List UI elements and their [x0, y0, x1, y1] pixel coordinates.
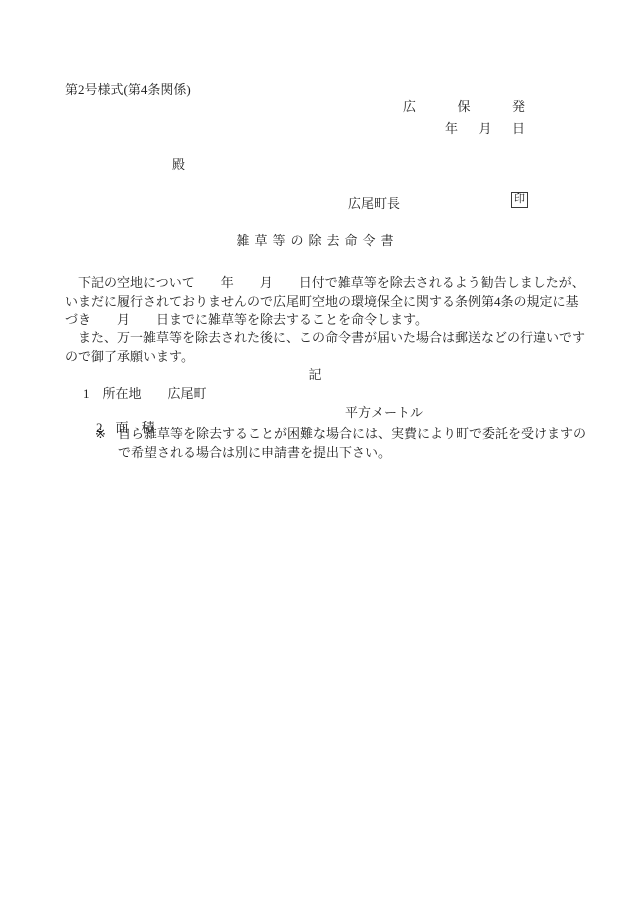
- body-paragraph2-line1: また、万一雑草等を除去された後に、この命令書が届いた場合は郵送などの行違いです: [65, 331, 585, 346]
- document-number-line: 広 保 発: [403, 100, 525, 115]
- body-paragraph1-line2: いまだに履行されておりませんので広尾町空地の環境保全に関する条例第4条の規定に基: [65, 295, 579, 310]
- note-line2: で希望される場合は別に申請書を提出下さい。: [118, 446, 391, 461]
- sender-title: 広尾町長: [348, 197, 400, 212]
- seal-mark: 印: [511, 192, 528, 208]
- addressee-honorific: 殿: [172, 158, 185, 173]
- note-marker: ※: [95, 427, 106, 442]
- document-page: 第2号様式(第4条関係) 広 保 発 年 月 日 殿 広尾町長 印 雑草等の除去…: [0, 0, 630, 916]
- issuer-char-hatsu: 発: [512, 100, 525, 115]
- issuer-char-ho: 保: [457, 100, 470, 115]
- date-year-label: 年: [445, 122, 458, 137]
- body-paragraph1-line1: 下記の空地について 年 月 日付で雑草等を除去されるよう勧告しましたが、: [65, 276, 585, 291]
- form-number-label: 第2号様式(第4条関係): [65, 83, 191, 98]
- date-month-label: 月: [478, 122, 491, 137]
- document-title: 雑草等の除去命令書: [0, 234, 630, 249]
- list-item-location: 1 所在地 広尾町: [83, 387, 207, 402]
- body-paragraph1-line3: づき 月 日までに雑草等を除去することを命令します。: [65, 313, 428, 328]
- issuer-char-hiro: 広: [403, 100, 416, 115]
- list-item-area-unit: 平方メートル: [345, 406, 423, 421]
- note-line1: 自ら雑草等を除去することが困難な場合には、実費により町で委託を受けますの: [118, 427, 586, 442]
- record-heading: 記: [0, 368, 630, 383]
- date-line: 年 月 日: [445, 122, 525, 137]
- date-day-label: 日: [512, 122, 525, 137]
- body-paragraph2-line2: ので御了承願います。: [65, 350, 194, 365]
